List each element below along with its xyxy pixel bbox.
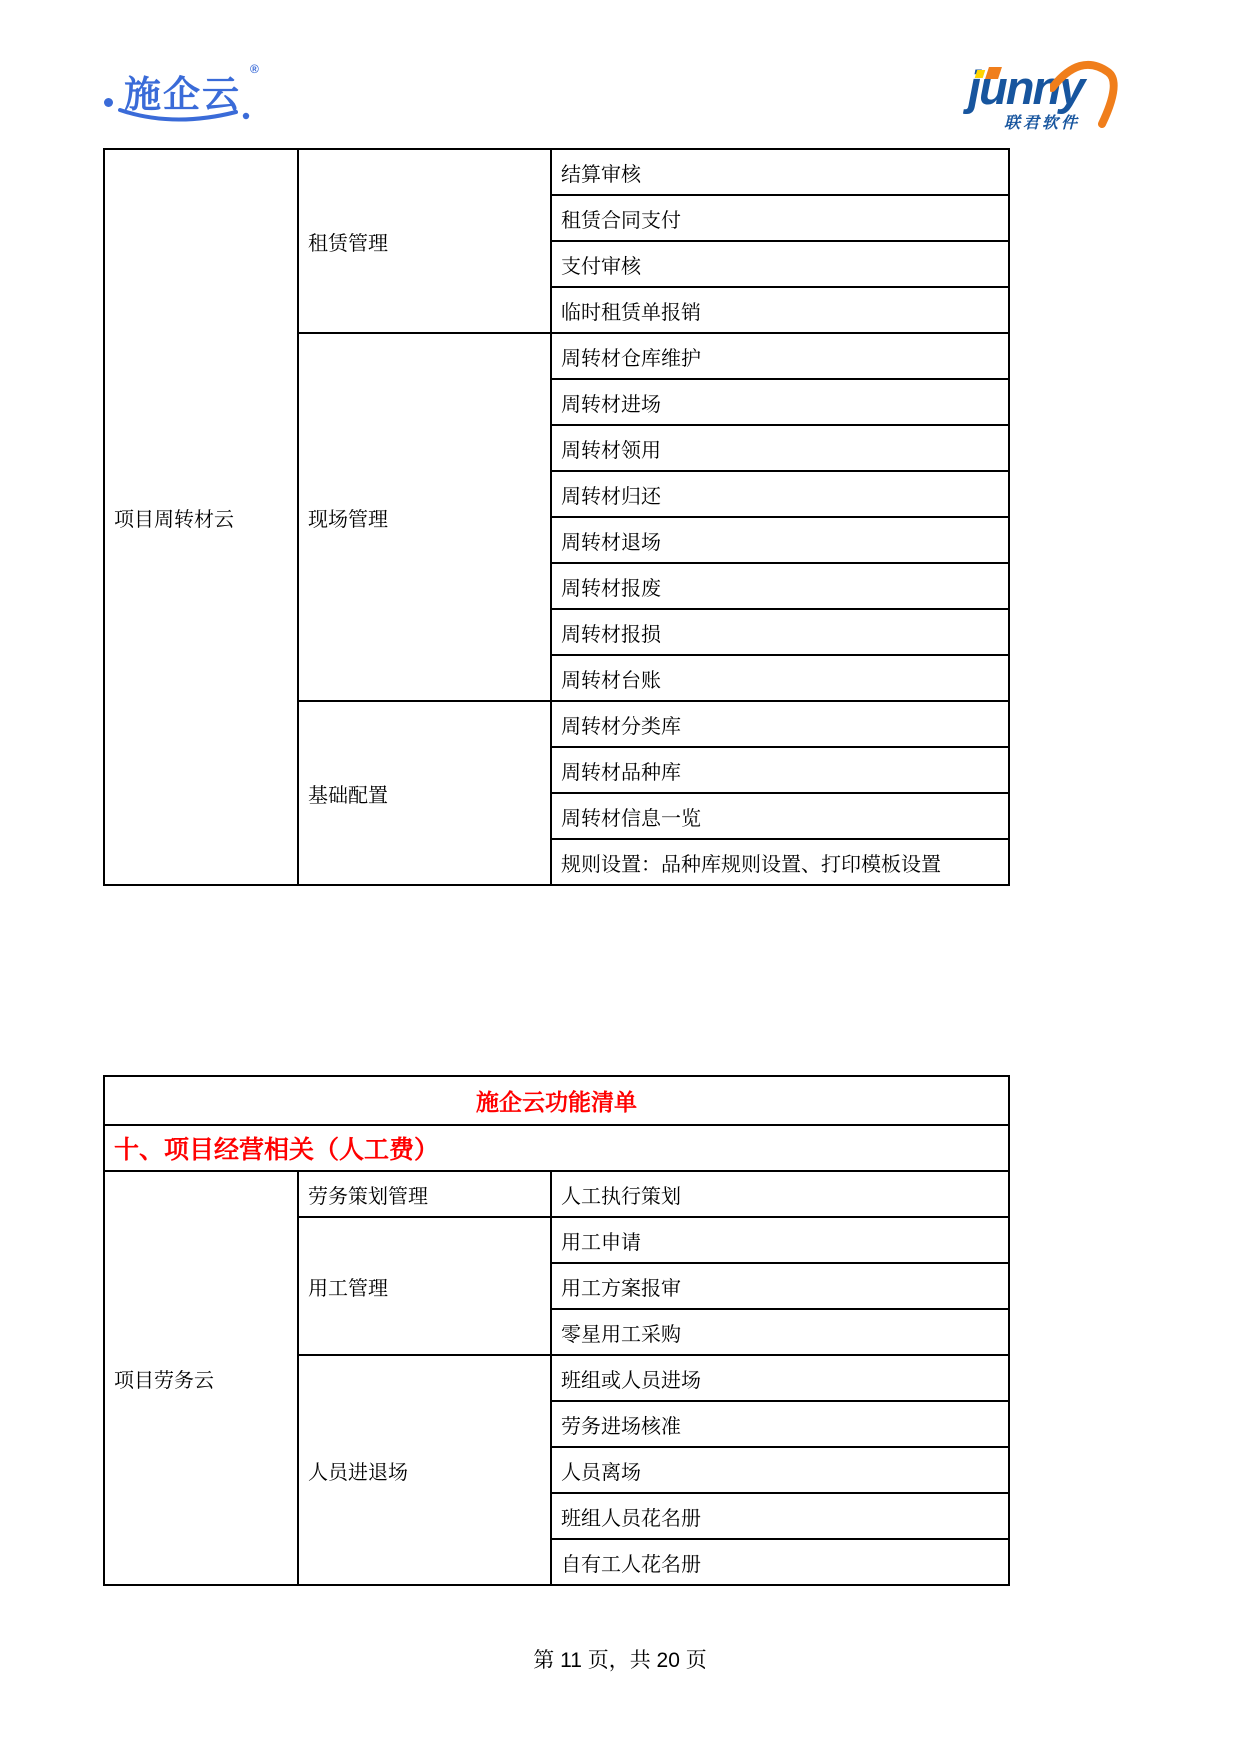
feature-cell: 班组人员花名册: [551, 1493, 1009, 1539]
shiqiyun-logo: 施企云 ®: [104, 62, 274, 132]
document-page: 施企云 ® junny 联君软件 项目周转材云 租赁管理 结算审核 租赁合同支付…: [0, 0, 1240, 1754]
feature-cell: 人工执行策划: [551, 1171, 1009, 1217]
feature-cell: 周转材台账: [551, 655, 1009, 701]
feature-cell: 结算审核: [551, 149, 1009, 195]
table-row: 项目周转材云 租赁管理 结算审核: [104, 149, 1009, 195]
turnover-material-table: 项目周转材云 租赁管理 结算审核 租赁合同支付 支付审核 临时租赁单报销 现场管…: [103, 148, 1010, 886]
feature-cell: 周转材进场: [551, 379, 1009, 425]
feature-cell: 周转材分类库: [551, 701, 1009, 747]
page-footer: 第 11 页，共 20 页: [0, 1644, 1240, 1674]
feature-cell: 支付审核: [551, 241, 1009, 287]
function-list-table: 施企云功能清单 十、项目经营相关（人工费） 项目劳务云 劳务策划管理 人工执行策…: [103, 1075, 1010, 1586]
table-category-row: 十、项目经营相关（人工费）: [104, 1125, 1009, 1171]
feature-cell: 用工方案报审: [551, 1263, 1009, 1309]
feature-cell: 规则设置：品种库规则设置、打印模板设置: [551, 839, 1009, 885]
logo-swoosh-icon: [118, 106, 258, 126]
feature-cell: 周转材报废: [551, 563, 1009, 609]
module-cell: 租赁管理: [298, 149, 551, 333]
module-cell: 基础配置: [298, 701, 551, 885]
feature-cell: 零星用工采购: [551, 1309, 1009, 1355]
feature-cell: 临时租赁单报销: [551, 287, 1009, 333]
feature-cell: 周转材领用: [551, 425, 1009, 471]
junny-subtitle: 联君软件: [1004, 110, 1080, 133]
module-cell: 人员进退场: [298, 1355, 551, 1585]
module-cell: 劳务策划管理: [298, 1171, 551, 1217]
cloud-cell: 项目劳务云: [104, 1171, 298, 1585]
feature-cell: 周转材报损: [551, 609, 1009, 655]
cloud-cell: 项目周转材云: [104, 149, 298, 885]
feature-cell: 劳务进场核准: [551, 1401, 1009, 1447]
feature-cell: 周转材仓库维护: [551, 333, 1009, 379]
logo-dot-icon: [104, 98, 113, 107]
feature-cell: 周转材退场: [551, 517, 1009, 563]
feature-cell: 周转材信息一览: [551, 793, 1009, 839]
registered-mark: ®: [250, 62, 259, 76]
feature-cell: 租赁合同支付: [551, 195, 1009, 241]
feature-cell: 自有工人花名册: [551, 1539, 1009, 1585]
table-title-row: 施企云功能清单: [104, 1076, 1009, 1125]
feature-cell: 用工申请: [551, 1217, 1009, 1263]
report-title: 施企云功能清单: [104, 1076, 1009, 1125]
table-row: 项目劳务云 劳务策划管理 人工执行策划: [104, 1171, 1009, 1217]
category-title: 十、项目经营相关（人工费）: [104, 1125, 1009, 1171]
feature-cell: 周转材归还: [551, 471, 1009, 517]
junny-logo: junny 联君软件: [962, 58, 1132, 133]
module-cell: 用工管理: [298, 1217, 551, 1355]
feature-cell: 人员离场: [551, 1447, 1009, 1493]
feature-cell: 周转材品种库: [551, 747, 1009, 793]
module-cell: 现场管理: [298, 333, 551, 701]
feature-cell: 班组或人员进场: [551, 1355, 1009, 1401]
